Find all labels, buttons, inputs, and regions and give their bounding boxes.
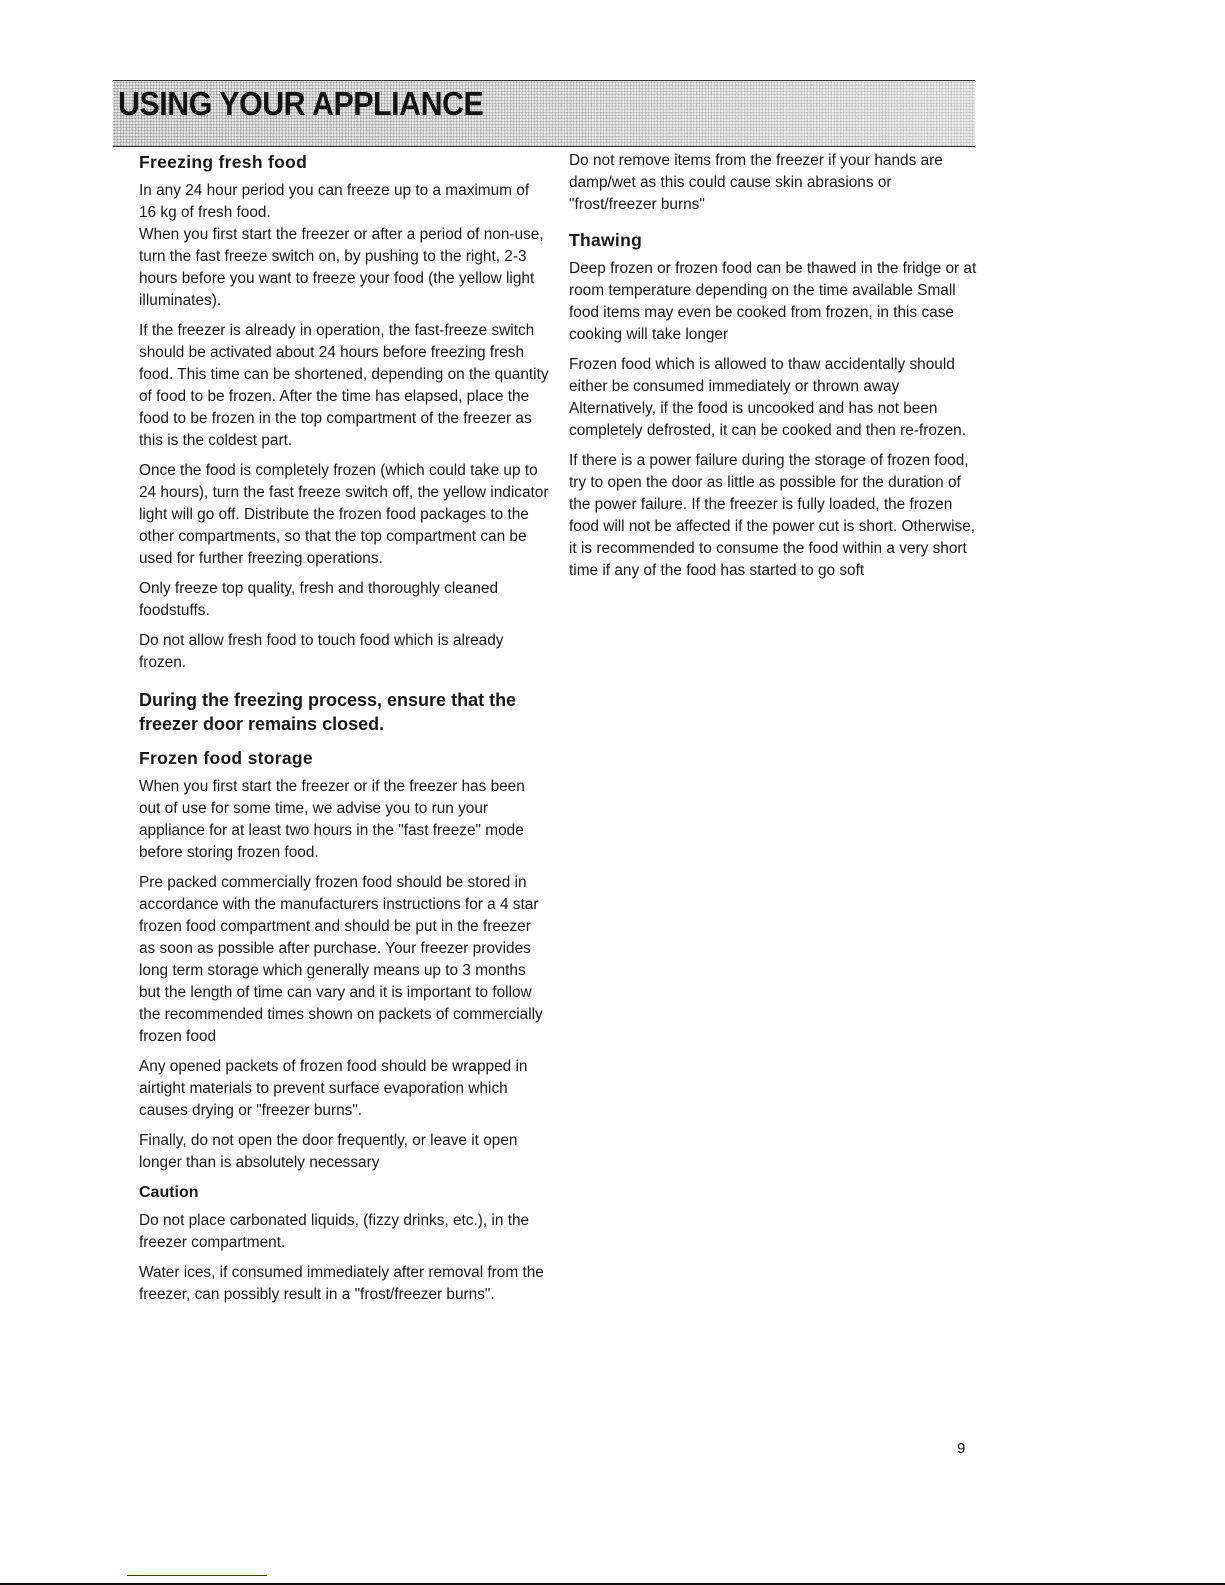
paragraph: In any 24 hour period you can freeze up … <box>139 180 549 224</box>
paragraph: Frozen food which is allowed to thaw acc… <box>569 354 979 442</box>
paragraph: Water ices, if consumed immediately afte… <box>139 1262 549 1306</box>
paragraph: Do not allow fresh food to touch food wh… <box>139 630 549 674</box>
paragraph: Deep frozen or frozen food can be thawed… <box>569 258 979 346</box>
paragraph: Finally, do not open the door frequently… <box>139 1130 549 1174</box>
paragraph: Only freeze top quality, fresh and thoro… <box>139 578 549 622</box>
heading-caution: Caution <box>139 1182 549 1204</box>
paragraph: Do not place carbonated liquids, (fizzy … <box>139 1210 549 1254</box>
page-title: USING YOUR APPLIANCE <box>118 85 483 123</box>
section-caution: Caution Do not place carbonated liquids,… <box>139 1182 549 1306</box>
heading-thawing: Thawing <box>569 228 979 252</box>
paragraph: Any opened packets of frozen food should… <box>139 1056 549 1122</box>
section-header-band: USING YOUR APPLIANCE <box>113 80 975 147</box>
heading-freezing-fresh-food: Freezing fresh food <box>139 150 549 174</box>
left-column: Freezing fresh food In any 24 hour perio… <box>139 150 549 1314</box>
section-freezing-fresh-food: Freezing fresh food In any 24 hour perio… <box>139 150 549 674</box>
section-thawing: Thawing Deep frozen or frozen food can b… <box>569 228 979 582</box>
link-underline <box>127 1575 267 1576</box>
paragraph: If the freezer is already in operation, … <box>139 320 549 452</box>
right-column: Do not remove items from the freezer if … <box>569 150 979 590</box>
heading-frozen-food-storage: Frozen food storage <box>139 746 549 770</box>
paragraph: Pre packed commercially frozen food shou… <box>139 872 549 1048</box>
paragraph: When you first start the freezer or if t… <box>139 776 549 864</box>
emphasis-note: During the freezing process, ensure that… <box>139 688 549 736</box>
paragraph: When you first start the freezer or afte… <box>139 224 549 312</box>
paragraph: If there is a power failure during the s… <box>569 450 979 582</box>
page-number: 9 <box>957 1440 965 1457</box>
section-frozen-food-storage: Frozen food storage When you first start… <box>139 746 549 1174</box>
paragraph: Once the food is completely frozen (whic… <box>139 460 549 570</box>
paragraph-intro: Do not remove items from the freezer if … <box>569 150 979 216</box>
